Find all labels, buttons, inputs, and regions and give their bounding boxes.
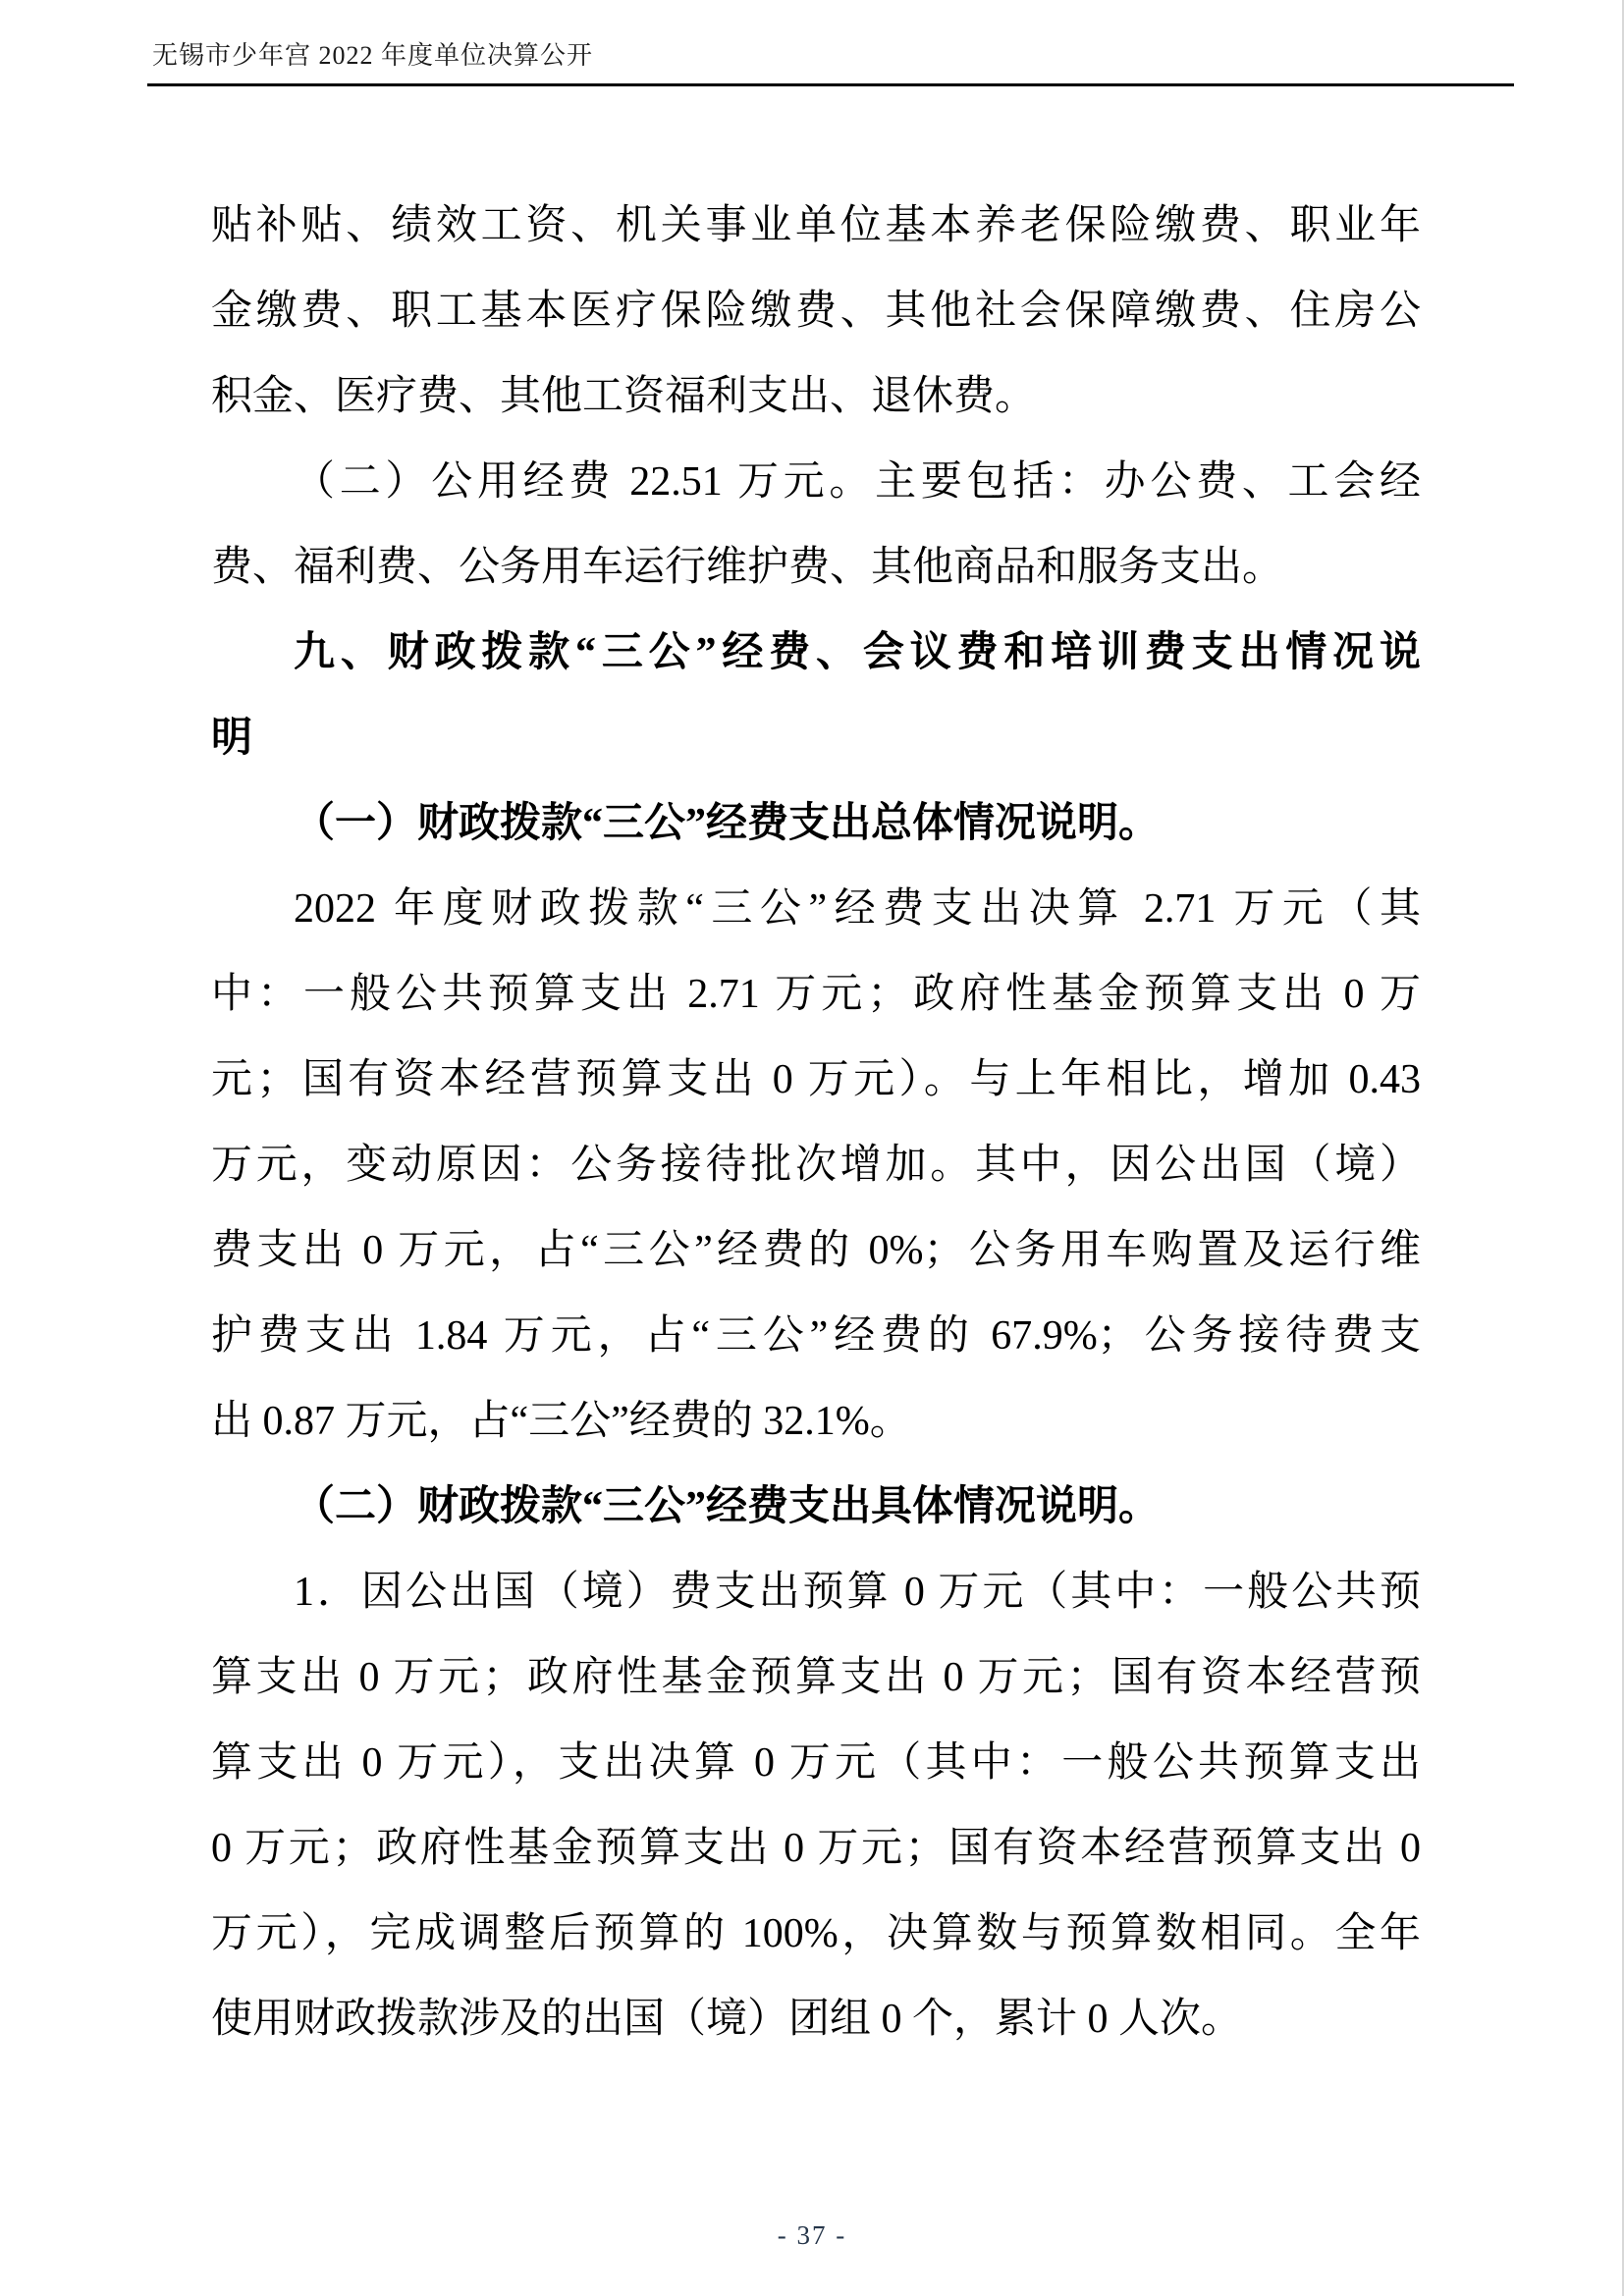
- text-line: 贴补贴、绩效工资、机关事业单位基本养老保险缴费、职业年: [211, 184, 1421, 269]
- text-line: 明: [211, 696, 1421, 781]
- text-line: 金缴费、职工基本医疗保险缴费、其他社会保障缴费、住房公: [211, 269, 1421, 354]
- text-line: 使用财政拨款涉及的出国（境）团组 0 个，累计 0 人次。: [211, 1977, 1421, 2062]
- text-line: 积金、医疗费、其他工资福利支出、退休费。: [211, 354, 1421, 440]
- text-line: （二）公用经费 22.51 万元。主要包括：办公费、工会经: [211, 440, 1421, 525]
- document-page: { "header": { "title": "无锡市少年宫 2022 年度单位…: [0, 0, 1624, 2296]
- text-line: 万元，变动原因：公务接待批次增加。其中，因公出国（境）: [211, 1123, 1421, 1208]
- text-line: 中：一般公共预算支出 2.71 万元；政府性基金预算支出 0 万: [211, 952, 1421, 1038]
- document-body: 贴补贴、绩效工资、机关事业单位基本养老保险缴费、职业年金缴费、职工基本医疗保险缴…: [211, 184, 1421, 2062]
- footer-page-number: - 37 -: [0, 2220, 1624, 2251]
- page-header-title: 无锡市少年宫 2022 年度单位决算公开: [152, 35, 593, 72]
- text-line: 算支出 0 万元；政府性基金预算支出 0 万元；国有资本经营预: [211, 1635, 1421, 1721]
- text-line: 2022 年度财政拨款“三公”经费支出决算 2.71 万元（其: [211, 867, 1421, 952]
- text-line: 费、福利费、公务用车运行维护费、其他商品和服务支出。: [211, 525, 1421, 611]
- text-line: 元；国有资本经营预算支出 0 万元）。与上年相比，增加 0.43: [211, 1038, 1421, 1123]
- text-line: （二）财政拨款“三公”经费支出具体情况说明。: [211, 1465, 1421, 1550]
- text-line: （一）财政拨款“三公”经费支出总体情况说明。: [211, 781, 1421, 867]
- text-line: 费支出 0 万元，占“三公”经费的 0%；公务用车购置及运行维: [211, 1208, 1421, 1294]
- text-line: 1．因公出国（境）费支出预算 0 万元（其中：一般公共预: [211, 1550, 1421, 1635]
- text-line: 出 0.87 万元，占“三公”经费的 32.1%。: [211, 1379, 1421, 1465]
- header-divider-rule: [147, 83, 1514, 86]
- text-line: 护费支出 1.84 万元，占“三公”经费的 67.9%；公务接待费支: [211, 1294, 1421, 1379]
- text-line: 0 万元；政府性基金预算支出 0 万元；国有资本经营预算支出 0: [211, 1806, 1421, 1892]
- text-line: 九、财政拨款“三公”经费、会议费和培训费支出情况说: [211, 611, 1421, 696]
- text-line: 算支出 0 万元），支出决算 0 万元（其中：一般公共预算支出: [211, 1721, 1421, 1806]
- text-line: 万元），完成调整后预算的 100%，决算数与预算数相同。全年: [211, 1892, 1421, 1977]
